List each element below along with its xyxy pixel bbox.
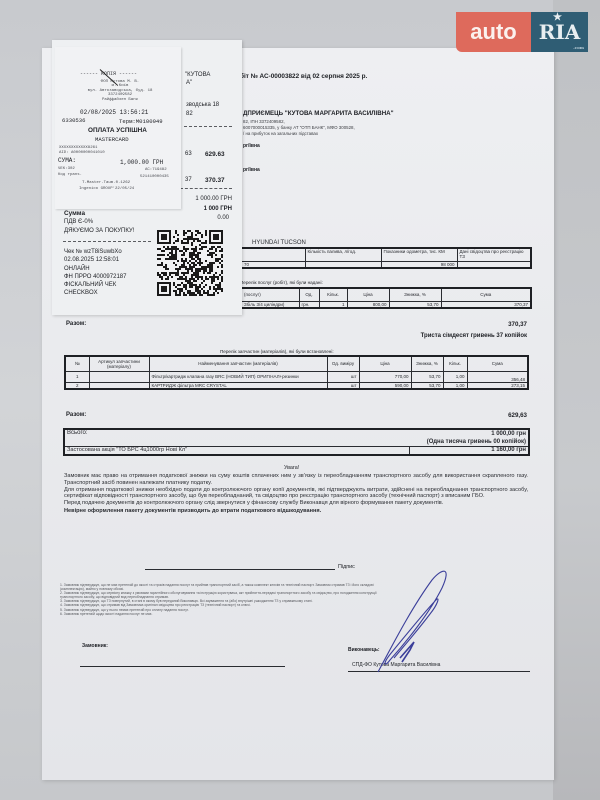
notice-paragraph: Для отримання податкової знижки необхідн…: [64, 487, 528, 501]
slip-card-type: MASTERCARD: [95, 136, 129, 143]
fiscal-provider: CHECKBOX: [64, 289, 126, 297]
slip-rrn-value: 521410000435: [140, 175, 169, 179]
parts-total-label: Разом:: [66, 412, 86, 418]
slip-terminal: Терм:M0100949: [119, 118, 163, 125]
part-sum: 356,48: [467, 371, 528, 382]
slip-merchant-line: Райффайзен Банк: [80, 98, 160, 102]
parts-header: Сума: [467, 356, 528, 371]
fiscal-label: ФІСКАЛЬНИЙ ЧЕК: [64, 281, 126, 289]
table-row: 1 Фільтр/картридж клапана газу BRC (НОВИ…: [65, 371, 528, 382]
parts-header: №: [65, 356, 89, 371]
vehicle-cell: [305, 261, 381, 268]
fiscal-line2-qty: 37: [185, 177, 192, 183]
notice-paragraph: Замовник має право на отримання податков…: [64, 473, 528, 487]
parts-header: Найменування запчастин (матеріалів): [149, 356, 327, 371]
part-unit: шт: [327, 382, 359, 389]
fiscal-mode: ОНЛАЙН: [64, 265, 126, 273]
vehicle-cell: [457, 261, 531, 268]
table-row: Збіль 3/4 циліндри) грн. 1 800,00 53,70 …: [241, 301, 531, 308]
customer-label: Замовник:: [82, 643, 108, 649]
fiscal-sum-label: Сумма: [64, 210, 85, 217]
vehicle-header: [241, 248, 305, 261]
fiscal-seller-partial: "КУТОВА: [185, 72, 210, 78]
service-sum: 370,37: [441, 301, 531, 308]
executor-name: ДПРИЄМЕЦЬ "КУТОВА МАРГАРИТА ВАСИЛІВНА": [243, 110, 394, 117]
grand-total-table: Всього: 1 000,00 грн (Одна тисяча гривен…: [63, 428, 530, 456]
grand-total-words: (Одна тисяча гривень 00 копійок): [411, 438, 526, 446]
notice-title: Увага!: [284, 465, 299, 471]
services-total-value: 370,37: [508, 321, 527, 328]
part-discount: 53,70: [411, 382, 443, 389]
notice-body: Замовник має право на отримання податков…: [64, 473, 528, 515]
vehicle-header: Кількість палива, л/год.: [305, 248, 381, 261]
executor-city: ргіївна: [243, 143, 260, 149]
executor-detail: 82, ІПН 3372409582,: [243, 119, 285, 124]
parts-header: Од. виміру: [327, 356, 359, 371]
fiscal-vat-label: ПДВ Є-0%: [64, 219, 93, 225]
part-qty: 1,00: [443, 371, 467, 382]
service-price: 800,00: [347, 301, 389, 308]
part-discount: 53,70: [411, 371, 443, 382]
parts-header: Ціна: [359, 356, 411, 371]
part-name: КАРТРИДЖ фільтра MRC CRYSTAL: [149, 382, 327, 389]
customer-city: ргіївна: [243, 167, 260, 173]
part-qty: 1,00: [443, 382, 467, 389]
autoria-watermark-logo: auto ★ RIA .com: [456, 12, 588, 52]
logo-com-text: .com: [573, 45, 584, 50]
part-article: [89, 371, 149, 382]
document-title: біт № АС-00003822 від 02 серпня 2025 р.: [240, 73, 367, 80]
part-unit: шт: [327, 371, 359, 382]
qr-code-icon: [157, 230, 223, 296]
fiscal-divider: [184, 126, 232, 127]
slip-aid: AID: A0000000041010: [59, 151, 105, 155]
part-price: 590,00: [359, 382, 411, 389]
logo-auto-text: auto: [456, 12, 531, 52]
slip-auth-code: AC:719482: [145, 168, 167, 172]
services-header: Ціна: [347, 288, 389, 301]
term-item: 2. Замовник підтверджує, що сервісну кни…: [60, 591, 390, 599]
services-total-label: Разом:: [66, 321, 86, 327]
slip-amount-value: 1,000.00 ГРН: [120, 159, 163, 166]
fiscal-line1-sum: 629.63: [205, 151, 225, 158]
part-sum: 273,15: [467, 382, 528, 389]
executor-detail: / на прибуток на загальних підставах: [243, 131, 318, 136]
fiscal-total-1: 1 000.00 ГРН: [195, 196, 232, 202]
vehicle-header: Показники одометра, тис. КМ: [381, 248, 457, 261]
fiscal-vat-value: 0.00: [217, 215, 229, 221]
parts-header: Артикул запчастини (матеріалу): [89, 356, 149, 371]
fiscal-divider: [180, 188, 232, 189]
slip-software: T-Master.Taum.0.1262: [82, 181, 130, 185]
slip-vendor: Ingenico GROUP'22/05/24: [79, 187, 134, 191]
fiscal-address-partial: зводська 18: [186, 102, 219, 108]
fiscal-fn-prro: ФН ПРРО 4000972187: [64, 273, 126, 281]
customer-signature-line: [80, 666, 285, 667]
fiscal-check-datetime: 02.08.2025 12:58:01: [64, 256, 126, 264]
table-row: 2 КАРТРИДЖ фільтра MRC CRYSTAL шт 590,00…: [65, 382, 528, 389]
services-caption: Перелік послуг (робіт), які були надані:: [240, 280, 323, 285]
parts-total-value: 629,63: [508, 412, 527, 419]
vehicle-cell: 70: [241, 261, 305, 268]
services-header: Знижка, %: [389, 288, 441, 301]
slip-merchant: ФОП Кутова М. В. м. Київ вул. Автозаводс…: [80, 80, 160, 102]
slip-check-number: ЧЕК:302: [58, 167, 75, 171]
parts-caption: Перелік запчастин (матеріалів), які були…: [220, 349, 334, 354]
grand-total-value: 1 000,00 грн: [411, 430, 526, 438]
vehicle-table: Кількість палива, л/год. Показники одоме…: [240, 247, 532, 269]
services-header: Од.: [299, 288, 319, 301]
part-article: [89, 382, 149, 389]
services-total-words: Триста сімдесят гривень 37 копійок: [421, 333, 527, 339]
fiscal-thanks: ДЯКУЄМО ЗА ПОКУПКУ!: [64, 228, 134, 234]
fiscal-divider: [63, 241, 151, 242]
parts-table: № Артикул запчастини (матеріалу) Наймену…: [64, 355, 529, 390]
fiscal-check-number: Чек № wzT8iSuwbXo: [64, 248, 126, 256]
term-item: 1. Замовник підтверджує, що не має прете…: [60, 583, 390, 591]
fiscal-check-info: Чек № wzT8iSuwbXo 02.08.2025 12:58:01 ОН…: [64, 248, 126, 298]
service-discount: 53,70: [389, 301, 441, 308]
part-price: 770,00: [359, 371, 411, 382]
parts-header: Знижка, %: [411, 356, 443, 371]
vehicle-header: Дані свідоцтва про реєстрацію ТЗ: [457, 248, 531, 261]
part-number: 2: [65, 382, 89, 389]
terms-list: 1. Замовник підтверджує, що не має прете…: [60, 583, 390, 616]
slip-datetime: 02/08/2025 13:56:21: [80, 109, 148, 116]
signature-label: Підпис: [338, 564, 355, 570]
odometer-value: 98 000: [381, 261, 457, 268]
parts-header: Кільк.: [443, 356, 467, 371]
slip-code: 6330536: [62, 117, 86, 124]
service-qty: 1: [319, 301, 347, 308]
grand-total-cell: 1 000,00 грн (Одна тисяча гривень 00 коп…: [409, 429, 529, 447]
fiscal-code-partial: 82: [186, 111, 193, 117]
slip-amount-label: СУМА:: [58, 157, 76, 164]
notice-paragraph: Перед подачею документів до контролюючог…: [64, 500, 528, 507]
slip-status: ОПЛАТА УСПІШНА: [88, 127, 147, 134]
service-unit: грн.: [299, 301, 319, 308]
fiscal-seller-partial2: А": [186, 80, 192, 86]
services-table: (послуг) Од. Кільк. Ціна Знижка, % Сума …: [240, 287, 532, 309]
background-floor-edge: [553, 0, 600, 800]
fiscal-total-2: 1 000 ГРН: [204, 206, 232, 212]
part-name: Фільтр/картридж клапана газу BRC (НОВИЙ …: [149, 371, 327, 382]
notice-warning: Невірне оформлення пакету документів при…: [64, 508, 528, 515]
slip-rrn-label: Код трans.: [58, 173, 82, 177]
executor-detail: 6007000015335, у банку АТ "ОТП БАНК", МФ…: [243, 125, 355, 130]
grand-total-label: Всього:: [64, 429, 409, 447]
service-name: Збіль 3/4 циліндри): [241, 301, 299, 308]
term-item: 6. Замовник претензій щодо якості наданн…: [60, 612, 390, 616]
slip-masked-card: XXXXXXXXXXXX8261: [59, 146, 97, 150]
promo-label: Застосована акція "ТО БРС 4ц1000гр Нові …: [64, 447, 409, 455]
services-header: Кільк.: [319, 288, 347, 301]
vehicle-model: HYUNDAI TUCSON: [252, 240, 306, 246]
fiscal-line2-sum: 370.37: [205, 177, 225, 184]
logo-ria-block: ★ RIA .com: [531, 12, 588, 52]
logo-ria-text: RIA: [539, 20, 581, 44]
signature-line: [145, 569, 335, 570]
part-number: 1: [65, 371, 89, 382]
services-header: Сума: [441, 288, 531, 301]
services-header: (послуг): [241, 288, 299, 301]
handwritten-signature: [370, 560, 470, 680]
promo-value: 1 160,00 грн: [409, 447, 529, 455]
star-icon: ★: [553, 12, 562, 23]
fiscal-line1-qty: 63: [185, 151, 192, 157]
